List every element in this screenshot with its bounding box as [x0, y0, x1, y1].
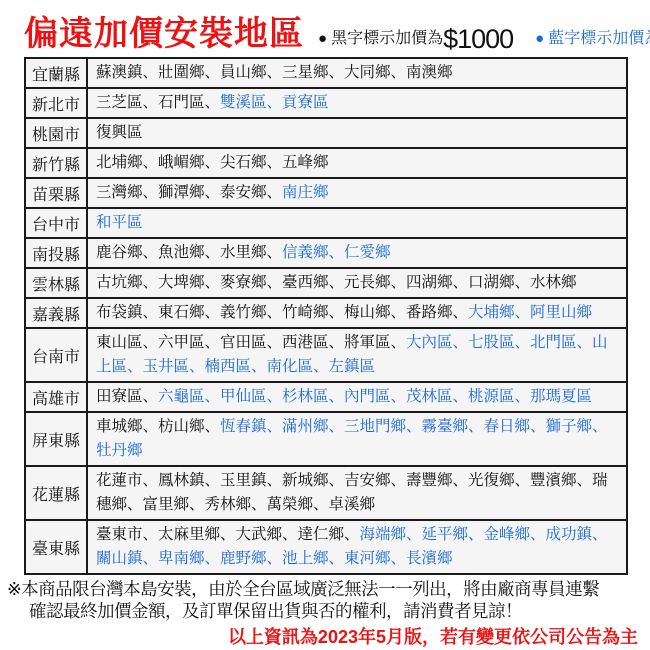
districts-standard: 北埔鄉、峨嵋鄉、尖石鄉、五峰鄉: [96, 154, 329, 171]
table-row: 屏東縣 車城鄉、枋山鄉、恆春鎮、滿州鄉、三地門鄉、霧臺鄉、春日鄉、獅子鄉、牡丹鄉: [25, 412, 627, 466]
county-cell: 雲林縣: [25, 268, 87, 298]
districts-cell: 三灣鄉、獅潭鄉、泰安鄉、南庄鄉: [87, 178, 627, 208]
table-row: 南投縣 鹿谷鄉、魚池鄉、水里鄉、信義鄉、仁愛鄉: [25, 238, 627, 268]
table-row: 苗栗縣 三灣鄉、獅潭鄉、泰安鄉、南庄鄉: [25, 178, 627, 208]
county-cell: 花蓮縣: [25, 466, 87, 520]
legend-black-label: 黑字標示加價為: [331, 30, 443, 48]
districts-cell: 復興區: [87, 118, 627, 148]
county-cell: 台南市: [25, 328, 87, 382]
districts-cell: 車城鄉、枋山鄉、恆春鎮、滿州鄉、三地門鄉、霧臺鄉、春日鄉、獅子鄉、牡丹鄉: [87, 412, 627, 466]
districts-standard: 布袋鎮、東石鄉、義竹鄉、竹崎鄉、梅山鄉、番路鄉、: [96, 304, 468, 321]
legend: ● 黑字標示加價為 $1000 ● 藍字標示加價為 $1500: [318, 27, 650, 51]
table-row: 雲林縣 古坑鄉、大埤鄉、麥寮鄉、臺西鄉、元長鄉、四湖鄉、口湖鄉、水林鄉: [25, 268, 627, 298]
county-cell: 新北市: [25, 88, 87, 118]
county-cell: 苗栗縣: [25, 178, 87, 208]
districts-standard: 東山區、六甲區、官田區、西港區、將軍區、: [96, 334, 406, 351]
districts-standard: 田寮區、: [96, 388, 158, 405]
note-line-2: 確認最終加價金額，及訂單保留出貨與否的權利，請消費者見諒！: [29, 600, 642, 622]
table-row: 桃園市 復興區: [25, 118, 627, 148]
county-cell: 南投縣: [25, 238, 87, 268]
districts-premium: 南庄鄉: [282, 184, 329, 201]
table-row: 新北市 三芝區、石門區、雙溪區、貢寮區: [25, 88, 627, 118]
area-table-wrap: 宜蘭縣 蘇澳鎮、壯圍鄉、員山鄉、三星鄉、大同鄉、南澳鄉 新北市 三芝區、石門區、…: [24, 57, 628, 575]
districts-cell: 花蓮市、鳳林鎮、玉里鎮、新城鄉、吉安鄉、壽豐鄉、光復鄉、豐濱鄉、瑞穗鄉、富里鄉、…: [87, 466, 627, 520]
districts-standard: 古坑鄉、大埤鄉、麥寮鄉、臺西鄉、元長鄉、四湖鄉、口湖鄉、水林鄉: [96, 274, 577, 291]
remote-area-surcharge-notice: 偏遠加價安裝地區 ● 黑字標示加價為 $1000 ● 藍字標示加價為 $1500…: [0, 0, 650, 650]
table-row: 高雄市 田寮區、六龜區、甲仙區、杉林區、內門區、茂林區、桃源區、那瑪夏區: [25, 382, 627, 412]
legend-item-black: ● 黑字標示加價為 $1000: [318, 27, 513, 51]
districts-standard: 復興區: [96, 124, 143, 141]
county-cell: 宜蘭縣: [25, 58, 87, 88]
black-dot-icon: ●: [318, 31, 327, 46]
area-table: 宜蘭縣 蘇澳鎮、壯圍鄉、員山鄉、三星鄉、大同鄉、南澳鄉 新北市 三芝區、石門區、…: [24, 57, 628, 575]
legend-black-price: $1000: [443, 27, 513, 51]
districts-standard: 車城鄉、枋山鄉、: [96, 418, 220, 435]
districts-cell: 三芝區、石門區、雙溪區、貢寮區: [87, 88, 627, 118]
version-note: 以上資訊為2023年5月版，若有變更依公司公告為主: [7, 625, 642, 649]
table-row: 花蓮縣 花蓮市、鳳林鎮、玉里鎮、新城鄉、吉安鄉、壽豐鄉、光復鄉、豐濱鄉、瑞穗鄉、…: [25, 466, 627, 520]
county-cell: 台中市: [25, 208, 87, 238]
county-cell: 屏東縣: [25, 412, 87, 466]
districts-cell: 蘇澳鎮、壯圍鄉、員山鄉、三星鄉、大同鄉、南澳鄉: [87, 58, 627, 88]
districts-standard: 臺東市、太麻里鄉、大武鄉、達仁鄉、: [96, 526, 360, 543]
county-cell: 臺東縣: [25, 520, 87, 574]
districts-premium: 和平區: [96, 214, 143, 231]
districts-premium: 雙溪區、貢寮區: [220, 94, 329, 111]
legend-blue-label: 藍字標示加價為: [548, 30, 650, 48]
districts-premium: 信義鄉、仁愛鄉: [282, 244, 391, 261]
table-row: 臺東縣 臺東市、太麻里鄉、大武鄉、達仁鄉、海端鄉、延平鄉、金峰鄉、成功鎮、關山鎮…: [25, 520, 627, 574]
districts-standard: 三灣鄉、獅潭鄉、泰安鄉、: [96, 184, 282, 201]
table-row: 嘉義縣 布袋鎮、東石鄉、義竹鄉、竹崎鄉、梅山鄉、番路鄉、大埔鄉、阿里山鄉: [25, 298, 627, 328]
districts-standard: 三芝區、石門區、: [96, 94, 220, 111]
districts-premium: 大埔鄉、阿里山鄉: [468, 304, 592, 321]
county-cell: 高雄市: [25, 382, 87, 412]
districts-cell: 東山區、六甲區、官田區、西港區、將軍區、大內區、七股區、北門區、山上區、玉井區、…: [87, 328, 627, 382]
table-row: 宜蘭縣 蘇澳鎮、壯圍鄉、員山鄉、三星鄉、大同鄉、南澳鄉: [25, 58, 627, 88]
table-row: 台中市 和平區: [25, 208, 627, 238]
districts-cell: 田寮區、六龜區、甲仙區、杉林區、內門區、茂林區、桃源區、那瑪夏區: [87, 382, 627, 412]
districts-cell: 和平區: [87, 208, 627, 238]
county-cell: 桃園市: [25, 118, 87, 148]
districts-standard: 鹿谷鄉、魚池鄉、水里鄉、: [96, 244, 282, 261]
footer-notes: ※本商品限台灣本島安裝，由於全台區域廣泛無法一一列出，將由廠商專員連繫 確認最終…: [0, 578, 650, 649]
legend-item-blue: ● 藍字標示加價為 $1500: [535, 27, 650, 51]
districts-cell: 布袋鎮、東石鄉、義竹鄉、竹崎鄉、梅山鄉、番路鄉、大埔鄉、阿里山鄉: [87, 298, 627, 328]
county-cell: 嘉義縣: [25, 298, 87, 328]
table-row: 台南市 東山區、六甲區、官田區、西港區、將軍區、大內區、七股區、北門區、山上區、…: [25, 328, 627, 382]
page-title: 偏遠加價安裝地區: [24, 17, 304, 51]
districts-cell: 臺東市、太麻里鄉、大武鄉、達仁鄉、海端鄉、延平鄉、金峰鄉、成功鎮、關山鎮、卑南鄉…: [87, 520, 627, 574]
districts-standard: 花蓮市、鳳林鎮、玉里鎮、新城鄉、吉安鄉、壽豐鄉、光復鄉、豐濱鄉、瑞穗鄉、富里鄉、…: [96, 472, 608, 513]
districts-cell: 古坑鄉、大埤鄉、麥寮鄉、臺西鄉、元長鄉、四湖鄉、口湖鄉、水林鄉: [87, 268, 627, 298]
county-cell: 新竹縣: [25, 148, 87, 178]
blue-dot-icon: ●: [535, 31, 544, 46]
note-line-1: ※本商品限台灣本島安裝，由於全台區域廣泛無法一一列出，將由廠商專員連繫: [7, 578, 642, 600]
header: 偏遠加價安裝地區 ● 黑字標示加價為 $1000 ● 藍字標示加價為 $1500: [0, 0, 650, 57]
districts-cell: 鹿谷鄉、魚池鄉、水里鄉、信義鄉、仁愛鄉: [87, 238, 627, 268]
districts-premium: 六龜區、甲仙區、杉林區、內門區、茂林區、桃源區、那瑪夏區: [158, 388, 592, 405]
table-row: 新竹縣 北埔鄉、峨嵋鄉、尖石鄉、五峰鄉: [25, 148, 627, 178]
districts-cell: 北埔鄉、峨嵋鄉、尖石鄉、五峰鄉: [87, 148, 627, 178]
districts-standard: 蘇澳鎮、壯圍鄉、員山鄉、三星鄉、大同鄉、南澳鄉: [96, 64, 453, 81]
